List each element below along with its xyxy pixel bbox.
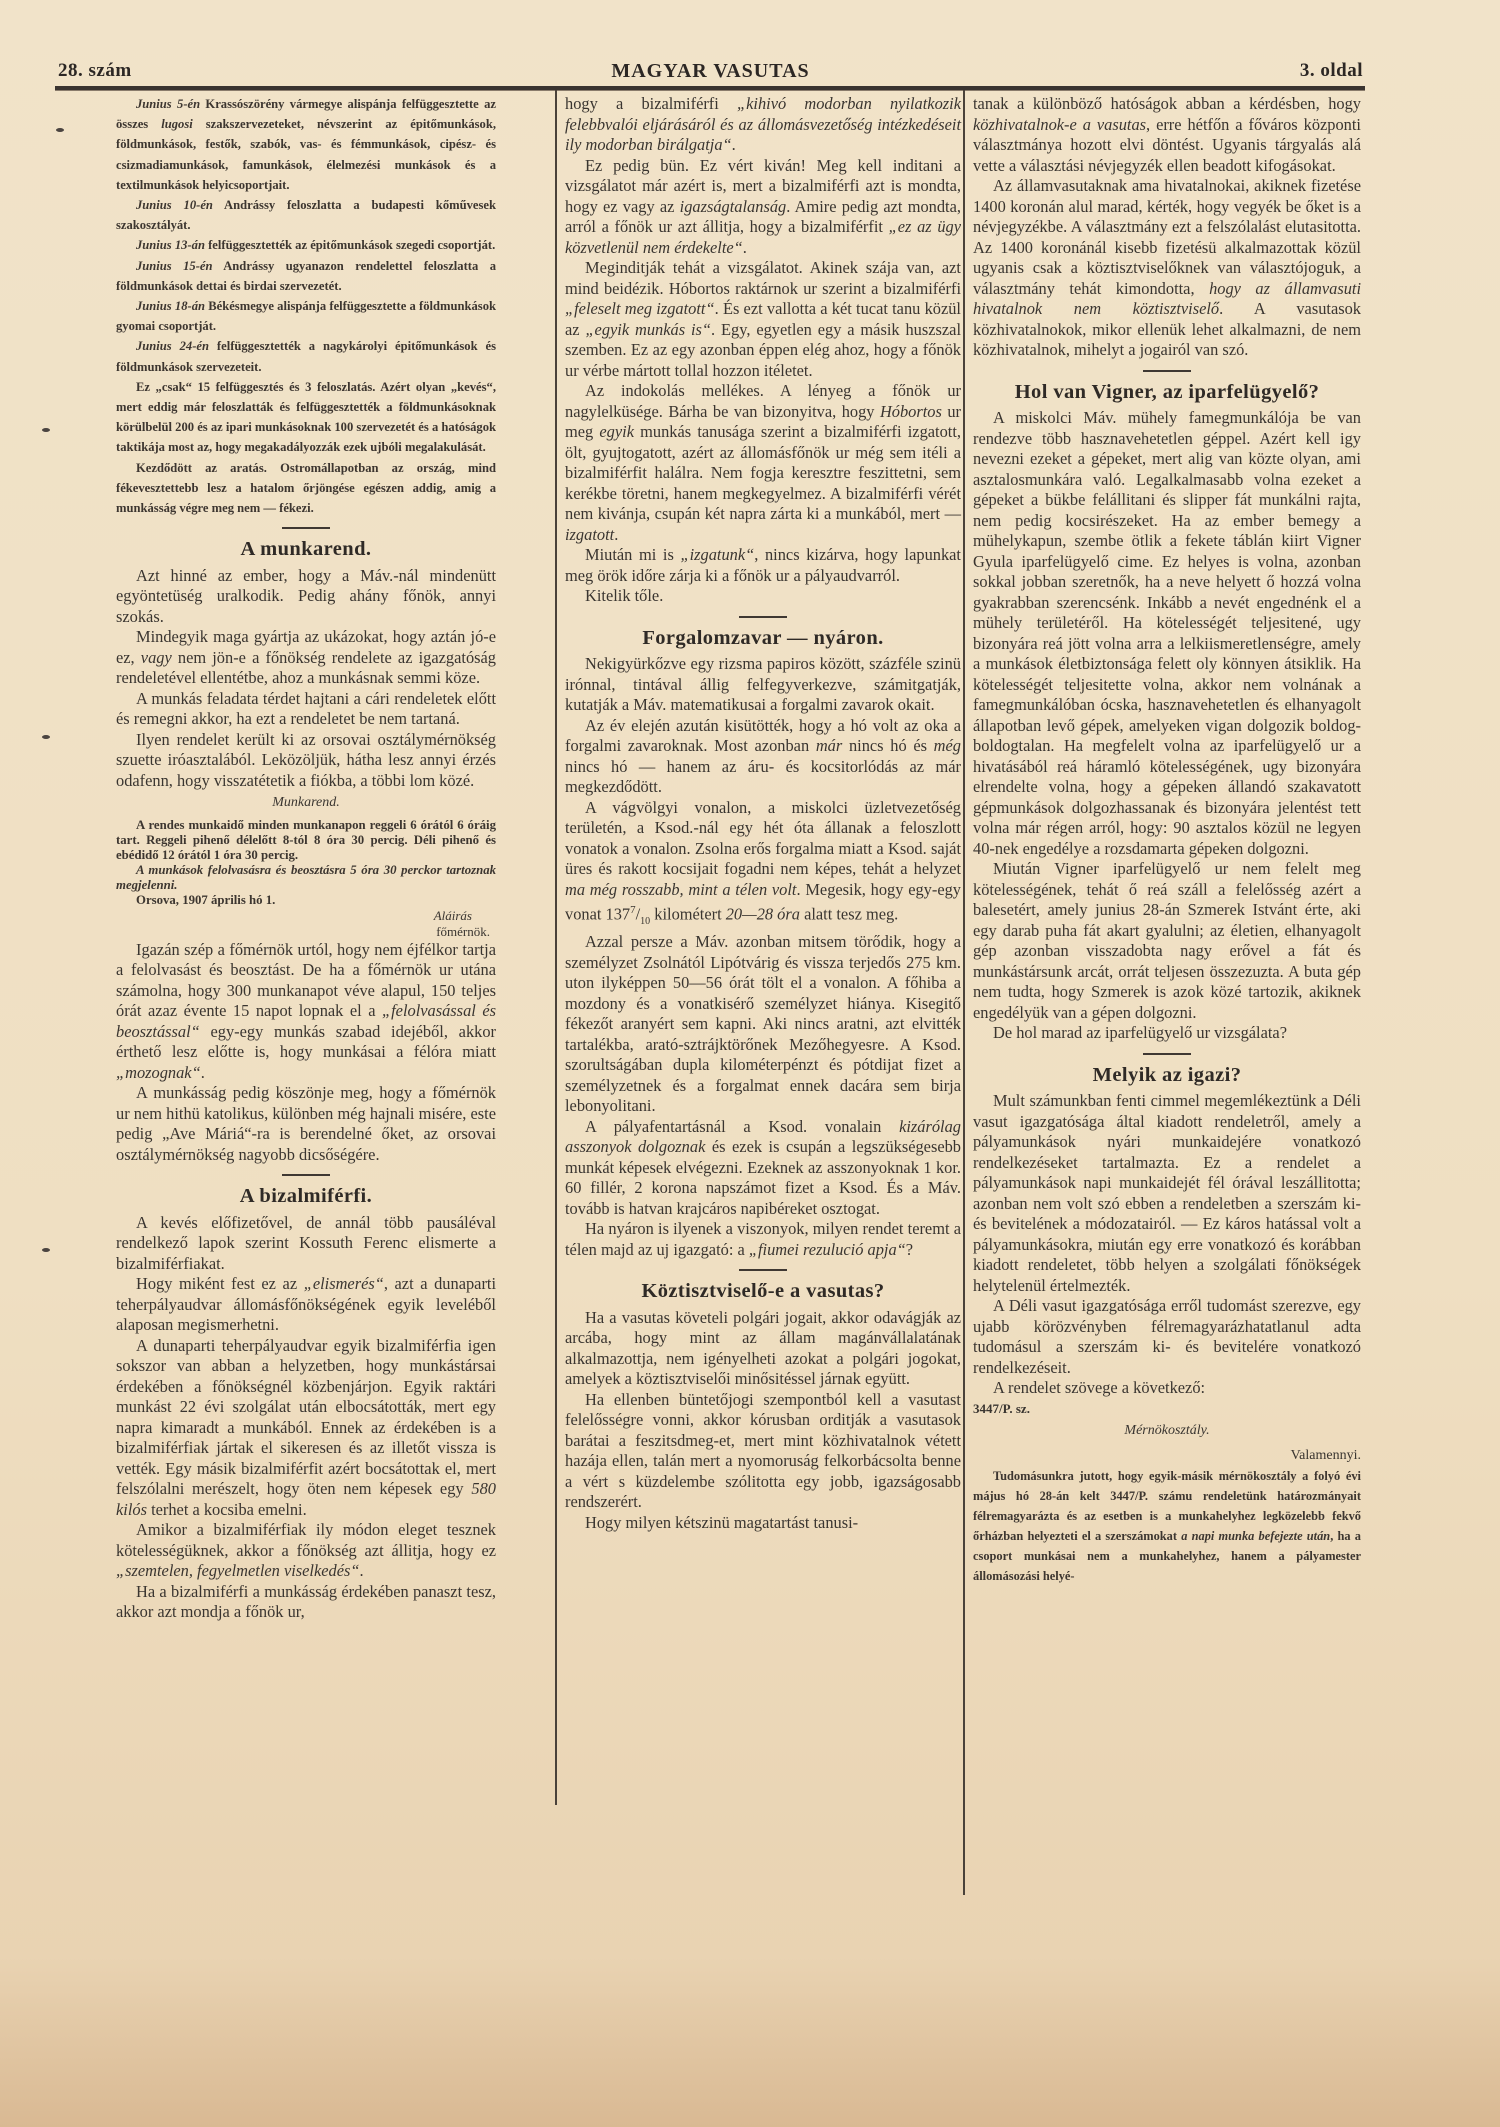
paragraph: A munkásság pedig köszönje meg, hogy a f… bbox=[116, 1083, 496, 1165]
newspaper-title: MAGYAR VASUTAS bbox=[58, 60, 1363, 83]
paragraph: Ez pedig bün. Ez vért kiván! Meg kell in… bbox=[565, 156, 961, 259]
article-title: Hol van Vigner, az iparfelügyelő? bbox=[973, 382, 1361, 403]
paragraph: Ilyen rendelet került ki az orsovai oszt… bbox=[116, 730, 496, 792]
paragraph: Kitelik tőle. bbox=[565, 586, 961, 607]
paragraph: Mindegyik maga gyártja az ukázokat, hogy… bbox=[116, 627, 496, 689]
paragraph: Nekigyürkőzve egy rizsma papiros között,… bbox=[565, 654, 961, 716]
article-title: A bizalmiférfi. bbox=[116, 1186, 496, 1207]
paragraph: Ha a vasutas követeli polgári jogait, ak… bbox=[565, 1308, 961, 1390]
column-2: hogy a bizalmiférfi „kihivó modorban nyi… bbox=[565, 94, 961, 1533]
paragraph: Azt hinné az ember, hogy a Máv.-nál mind… bbox=[116, 566, 496, 628]
section-separator bbox=[739, 1269, 787, 1271]
margin-speck bbox=[42, 1248, 50, 1252]
paragraph: Az államvasutaknak ama hivatalnokai, aki… bbox=[973, 176, 1361, 361]
paragraph: A dunaparti teherpályaudvar egyik bizalm… bbox=[116, 1336, 496, 1521]
paragraph: Miután Vigner iparfelügyelő ur nem felel… bbox=[973, 859, 1361, 1023]
decree-reference: 3447/P. sz. bbox=[973, 1399, 1361, 1420]
chronicle-entry: Junius 13-án felfüggesztették az épitőmu… bbox=[116, 235, 496, 255]
paragraph: A munkás feladata térdet hajtani a cári … bbox=[116, 689, 496, 730]
chronicle-summary: Ez „csak“ 15 felfüggesztés és 3 feloszla… bbox=[116, 377, 496, 458]
page-number: 3. oldal bbox=[1300, 60, 1363, 82]
chronicle-entry: Junius 10-én Andrássy feloszlatta a buda… bbox=[116, 195, 496, 235]
signature-title: főmérnök. bbox=[116, 924, 496, 940]
paragraph: A Déli vasut igazgatósága erről tudomást… bbox=[973, 1296, 1361, 1378]
decree-text: A rendes munkaidő minden munkanapon regg… bbox=[116, 818, 496, 863]
paragraph: Amikor a bizalmiférfiak ily módon eleget… bbox=[116, 1520, 496, 1582]
section-separator bbox=[282, 1174, 330, 1176]
section-separator bbox=[1143, 1053, 1191, 1055]
paragraph: Mult számunkban fenti cimmel megemlékezt… bbox=[973, 1091, 1361, 1296]
column-3: tanak a különböző hatóságok abban a kérd… bbox=[973, 94, 1361, 1586]
paragraph: Az év elején azután kisütötték, hogy a h… bbox=[565, 716, 961, 798]
signature: Aláirás bbox=[116, 908, 496, 924]
paragraph: Meginditják tehát a vizsgálatot. Akinek … bbox=[565, 258, 961, 381]
decree-text: A munkások felolvasásra és beosztásra 5 … bbox=[116, 863, 496, 893]
paragraph: Igazán szép a főmérnök urtól, hogy nem é… bbox=[116, 940, 496, 1084]
section-separator bbox=[739, 616, 787, 618]
decree-title: Munkarend. bbox=[116, 793, 496, 814]
paragraph: A pályafentartásnál a Ksod. vonalain kiz… bbox=[565, 1117, 961, 1220]
paragraph: Az indokolás mellékes. A lényeg a főnök … bbox=[565, 381, 961, 545]
paragraph: Miután mi is „izgatunk“, nincs kizárva, … bbox=[565, 545, 961, 586]
article-title: Forgalomzavar — nyáron. bbox=[565, 628, 961, 649]
paragraph: A kevés előfizetővel, de annál több paus… bbox=[116, 1213, 496, 1275]
paragraph: A rendelet szövege a következő: bbox=[973, 1378, 1361, 1399]
paragraph: A vágvölgyi vonalon, a miskolci üzletvez… bbox=[565, 798, 961, 933]
paragraph: Ha ellenben büntetőjogi szempontból kell… bbox=[565, 1390, 961, 1513]
section-separator bbox=[1143, 370, 1191, 372]
paragraph: tanak a különböző hatóságok abban a kérd… bbox=[973, 94, 1361, 176]
chronicle-entry: Junius 5-én Krassószörény vármegye alisp… bbox=[116, 94, 496, 195]
header-rule bbox=[55, 86, 1365, 91]
section-separator bbox=[282, 527, 330, 529]
article-title: A munkarend. bbox=[116, 539, 496, 560]
decree-addressee: Valamennyi. bbox=[973, 1446, 1361, 1467]
paragraph: Hogy miként fest ez az „elismerés“, azt … bbox=[116, 1274, 496, 1336]
column-divider-2 bbox=[963, 90, 965, 1895]
chronicle-entry: Junius 24-én felfüggesztették a nagykáro… bbox=[116, 336, 496, 376]
margin-speck bbox=[56, 128, 64, 132]
paragraph: Ha a bizalmiférfi a munkásság érdekében … bbox=[116, 1582, 496, 1623]
chronicle-entry: Junius 15-én Andrássy ugyanazon rendelet… bbox=[116, 256, 496, 296]
paragraph: A miskolci Máv. mühely famegmunkálója be… bbox=[973, 408, 1361, 859]
decree-text: Tudomásunkra jutott, hogy egyik-másik mé… bbox=[973, 1466, 1361, 1586]
margin-speck bbox=[42, 735, 50, 739]
chronicle-closing: Kezdődött az aratás. Ostromállapotban az… bbox=[116, 458, 496, 519]
chronicle-entry: Junius 18-án Békésmegye alispánja felfüg… bbox=[116, 296, 496, 336]
decree-department: Mérnökosztály. bbox=[973, 1421, 1361, 1442]
article-title: Melyik az igazi? bbox=[973, 1065, 1361, 1086]
margin-speck bbox=[42, 428, 50, 432]
newspaper-page: 28. szám MAGYAR VASUTAS 3. oldal Junius … bbox=[0, 0, 1500, 2127]
article-title: Köztisztviselő-e a vasutas? bbox=[565, 1281, 961, 1302]
decree-date: Orsova, 1907 április hó 1. bbox=[116, 893, 496, 908]
paragraph: De hol marad az iparfelügyelő ur vizsgál… bbox=[973, 1023, 1361, 1044]
paragraph: Azzal persze a Máv. azonban mitsem törőd… bbox=[565, 932, 961, 1117]
paragraph: hogy a bizalmiférfi „kihivó modorban nyi… bbox=[565, 94, 961, 156]
column-divider-1 bbox=[555, 90, 557, 1805]
paragraph: Ha nyáron is ilyenek a viszonyok, milyen… bbox=[565, 1219, 961, 1260]
column-1: Junius 5-én Krassószörény vármegye alisp… bbox=[116, 94, 496, 1623]
masthead: 28. szám MAGYAR VASUTAS 3. oldal bbox=[58, 60, 1363, 82]
paragraph: Hogy milyen kétszinü magatartást tanusi- bbox=[565, 1513, 961, 1534]
